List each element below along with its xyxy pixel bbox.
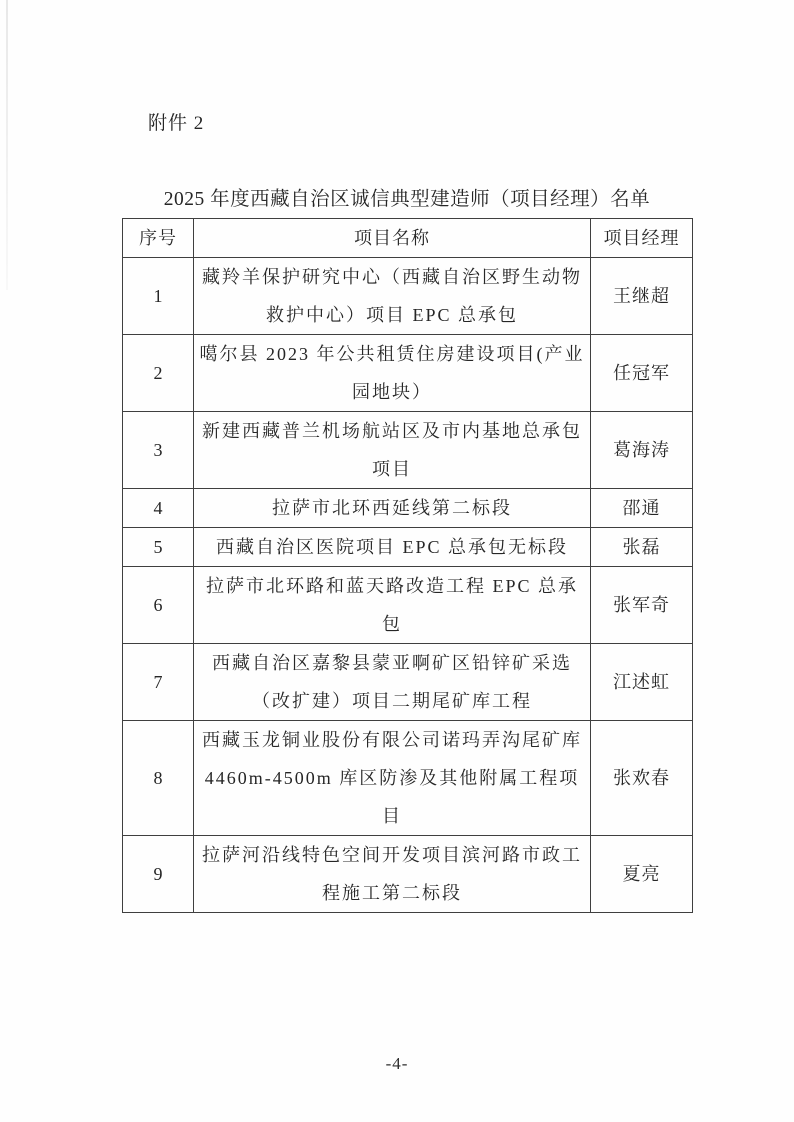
row-number-cell: 8 — [123, 721, 194, 836]
project-manager-table: 序号 项目名称 项目经理 1 藏羚羊保护研究中心（西藏自治区野生动物救护中心）项… — [122, 218, 693, 913]
document-page: 附件 2 2025 年度西藏自治区诚信典型建造师（项目经理）名单 序号 项目名称… — [0, 0, 794, 1122]
row-number-cell: 2 — [123, 335, 194, 412]
header-project-name: 项目名称 — [194, 219, 591, 258]
project-name-cell: 西藏玉龙铜业股份有限公司诺玛弄沟尾矿库 4460m-4500m 库区防渗及其他附… — [194, 721, 591, 836]
project-manager-cell: 张磊 — [591, 528, 693, 567]
document-title: 2025 年度西藏自治区诚信典型建造师（项目经理）名单 — [112, 183, 702, 211]
row-number-cell: 4 — [123, 489, 194, 528]
table-row: 2 噶尔县 2023 年公共租赁住房建设项目(产业园地块） 任冠军 — [123, 335, 693, 412]
row-number-cell: 5 — [123, 528, 194, 567]
row-number-cell: 1 — [123, 258, 194, 335]
scan-artifact — [6, 0, 8, 290]
project-name-cell: 新建西藏普兰机场航站区及市内基地总承包项目 — [194, 412, 591, 489]
header-project-manager: 项目经理 — [591, 219, 693, 258]
table-body: 1 藏羚羊保护研究中心（西藏自治区野生动物救护中心）项目 EPC 总承包 王继超… — [123, 258, 693, 913]
table-row: 8 西藏玉龙铜业股份有限公司诺玛弄沟尾矿库 4460m-4500m 库区防渗及其… — [123, 721, 693, 836]
table-row: 3 新建西藏普兰机场航站区及市内基地总承包项目 葛海涛 — [123, 412, 693, 489]
project-name-cell: 西藏自治区嘉黎县蒙亚啊矿区铅锌矿采选（改扩建）项目二期尾矿库工程 — [194, 644, 591, 721]
table-row: 1 藏羚羊保护研究中心（西藏自治区野生动物救护中心）项目 EPC 总承包 王继超 — [123, 258, 693, 335]
row-number-cell: 3 — [123, 412, 194, 489]
row-number-cell: 6 — [123, 567, 194, 644]
project-manager-cell: 夏亮 — [591, 836, 693, 913]
row-number-cell: 7 — [123, 644, 194, 721]
project-manager-cell: 葛海涛 — [591, 412, 693, 489]
project-name-cell: 藏羚羊保护研究中心（西藏自治区野生动物救护中心）项目 EPC 总承包 — [194, 258, 591, 335]
page-number: -4- — [0, 1054, 794, 1074]
project-name-cell: 拉萨河沿线特色空间开发项目滨河路市政工程施工第二标段 — [194, 836, 591, 913]
row-number-cell: 9 — [123, 836, 194, 913]
project-manager-cell: 任冠军 — [591, 335, 693, 412]
header-serial-number: 序号 — [123, 219, 194, 258]
project-manager-cell: 王继超 — [591, 258, 693, 335]
project-name-cell: 西藏自治区医院项目 EPC 总承包无标段 — [194, 528, 591, 567]
project-name-cell: 拉萨市北环西延线第二标段 — [194, 489, 591, 528]
project-manager-cell: 江述虹 — [591, 644, 693, 721]
project-manager-cell: 邵通 — [591, 489, 693, 528]
table-row: 9 拉萨河沿线特色空间开发项目滨河路市政工程施工第二标段 夏亮 — [123, 836, 693, 913]
table-row: 6 拉萨市北环路和蓝天路改造工程 EPC 总承包 张军奇 — [123, 567, 693, 644]
project-manager-cell: 张军奇 — [591, 567, 693, 644]
project-name-cell: 噶尔县 2023 年公共租赁住房建设项目(产业园地块） — [194, 335, 591, 412]
project-name-cell: 拉萨市北环路和蓝天路改造工程 EPC 总承包 — [194, 567, 591, 644]
attachment-label: 附件 2 — [148, 108, 204, 135]
header-row: 序号 项目名称 项目经理 — [123, 219, 693, 258]
table-row: 7 西藏自治区嘉黎县蒙亚啊矿区铅锌矿采选（改扩建）项目二期尾矿库工程 江述虹 — [123, 644, 693, 721]
project-manager-cell: 张欢春 — [591, 721, 693, 836]
table-row: 5 西藏自治区医院项目 EPC 总承包无标段 张磊 — [123, 528, 693, 567]
table-row: 4 拉萨市北环西延线第二标段 邵通 — [123, 489, 693, 528]
table-header: 序号 项目名称 项目经理 — [123, 219, 693, 258]
